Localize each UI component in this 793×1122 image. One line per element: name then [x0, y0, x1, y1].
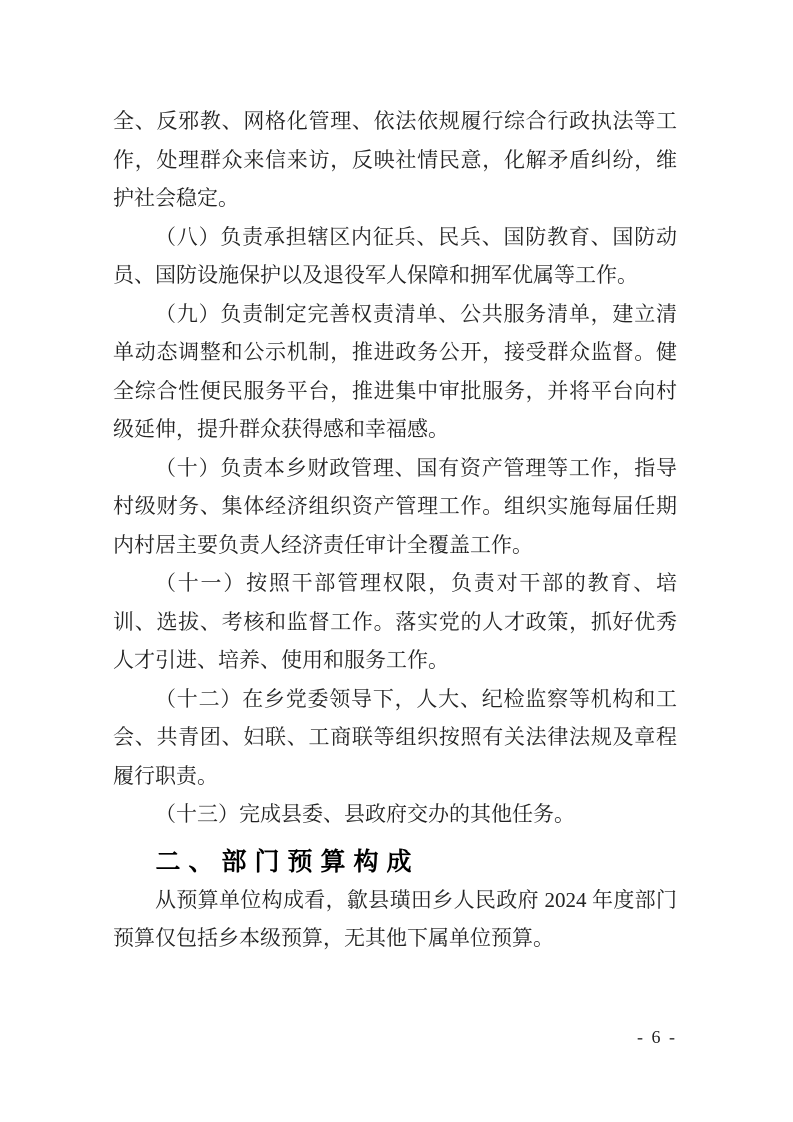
body-paragraph-item-12: （十二）在乡党委领导下，人大、纪检监察等机构和工会、共青团、妇联、工商联等组织按…: [113, 680, 677, 796]
body-paragraph-item-13: （十三）完成县委、县政府交办的其他任务。: [113, 795, 677, 834]
body-paragraph-item-10: （十）负责本乡财政管理、国有资产管理等工作，指导村级财务、集体经济组织资产管理工…: [113, 449, 677, 565]
body-paragraph-item-9: （九）负责制定完善权责清单、公共服务清单，建立清单动态调整和公示机制，推进政务公…: [113, 295, 677, 449]
body-paragraph-continuation: 全、反邪教、网格化管理、依法依规履行综合行政执法等工作，处理群众来信来访，反映社…: [113, 102, 677, 218]
body-paragraph-budget-composition: 从预算单位构成看，歙县璜田乡人民政府 2024 年度部门预算仅包括乡本级预算，无…: [113, 881, 677, 958]
document-text-block: 全、反邪教、网格化管理、依法依规履行综合行政执法等工作，处理群众来信来访，反映社…: [113, 102, 677, 958]
page-number: - 6 -: [637, 1026, 677, 1048]
body-paragraph-item-11: （十一）按照干部管理权限，负责对干部的教育、培训、选拔、考核和监督工作。落实党的…: [113, 564, 677, 680]
document-page: 全、反邪教、网格化管理、依法依规履行综合行政执法等工作，处理群众来信来访，反映社…: [0, 0, 793, 1122]
body-paragraph-item-8: （八）负责承担辖区内征兵、民兵、国防教育、国防动员、国防设施保护以及退役军人保障…: [113, 218, 677, 295]
section-heading-budget-composition: 二、部门预算构成: [113, 843, 677, 881]
